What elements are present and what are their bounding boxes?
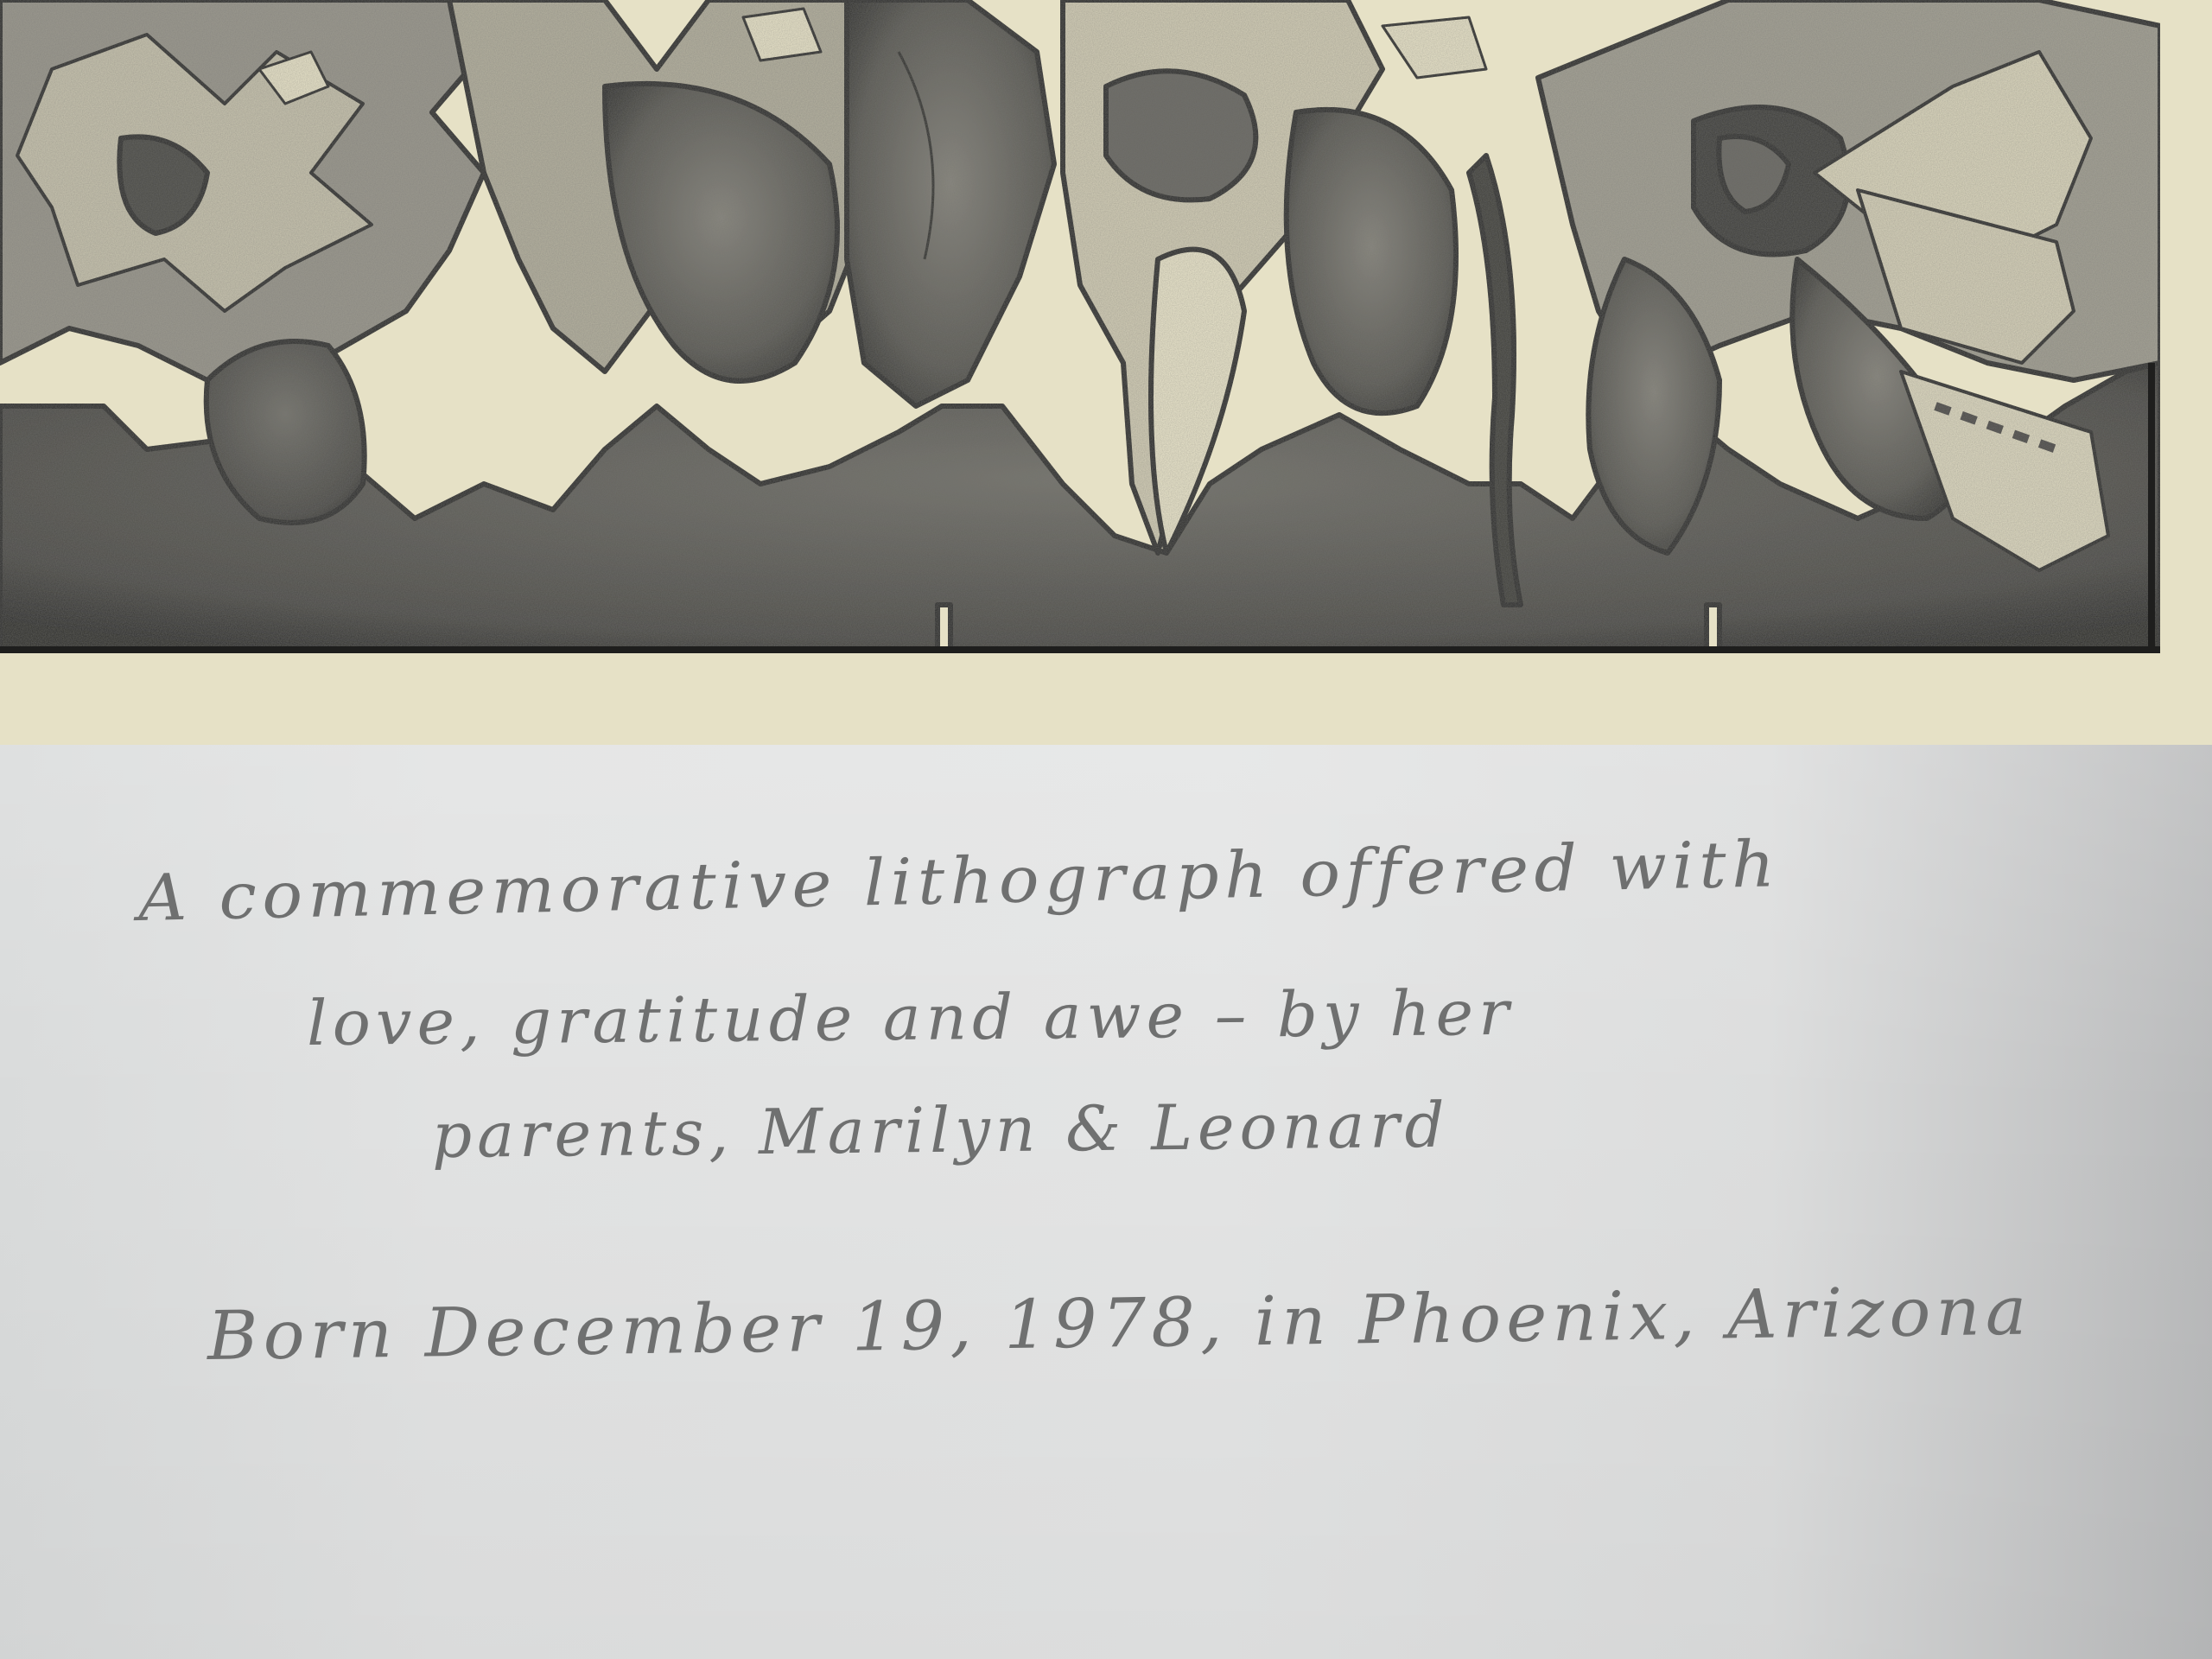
lithograph-artwork bbox=[0, 0, 2160, 658]
flower-artwork-graphic bbox=[0, 0, 2160, 658]
inscription-paper: A commemorative lithograph offered with … bbox=[0, 745, 2212, 1659]
inscription-line-2: love, gratitude and awe – by her bbox=[307, 976, 1515, 1059]
lithograph-photo: A commemorative lithograph offered with … bbox=[0, 0, 2212, 1659]
inscription-line-1: A commemorative lithograph offered with bbox=[137, 827, 1781, 936]
lithograph-paper bbox=[0, 0, 2212, 745]
inscription-line-3: parents, Marilyn & Leonard bbox=[432, 1089, 1451, 1172]
inscription-line-4-birth-date: Born December 19, 1978, in Phoenix, Ariz… bbox=[207, 1273, 2032, 1376]
